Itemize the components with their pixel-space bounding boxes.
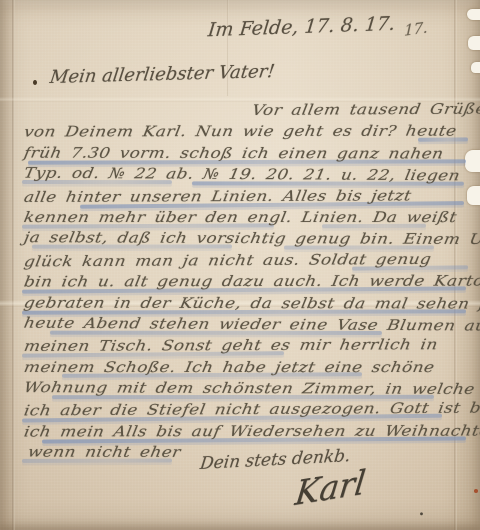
- corner-page-number: 17.: [404, 18, 428, 40]
- letter-line: kennen mehr über den engl. Linien. Da we…: [22, 207, 470, 228]
- letter-line: Vor allem tausend Grüße: [22, 99, 470, 123]
- letter-line-text: alle hinter unseren Linien. Alles bis je…: [22, 186, 413, 209]
- letter-line-text: ich mein Alls bis auf Wiedersehen zu Wei…: [22, 421, 480, 443]
- letter-line-text: von Deinem Karl. Nun wie geht es dir? he…: [22, 122, 458, 144]
- letter-line: ich aber die Stiefel nicht ausgezogen. G…: [22, 398, 470, 422]
- letter-line: gebraten in der Küche, da selbst da mal …: [22, 292, 470, 314]
- torn-edge: [468, 36, 480, 50]
- letter-line: meinen Tisch. Sonst geht es mir herrlich…: [22, 334, 470, 357]
- letter-line-text: Vor allem tausend Grüße: [250, 99, 480, 122]
- letter-line: meinem Schoße. Ich habe jetzt eine schön…: [22, 357, 470, 378]
- letter-line: heute Abend stehen wieder eine Vase Blum…: [22, 312, 470, 336]
- torn-edge: [471, 62, 480, 73]
- letter-line-text: wenn nicht eher: [26, 443, 182, 465]
- letter-line: bin ich u. alt genug dazu auch. Ich werd…: [22, 271, 470, 293]
- paper-speck: [474, 489, 478, 493]
- letter-line: Wohnung mit dem schönsten Zimmer, in wel…: [22, 377, 470, 400]
- signature-period: .: [418, 496, 425, 521]
- letter-line-text: kennen mehr über den engl. Linien. Da we…: [22, 208, 458, 229]
- letter-line-text: ich aber die Stiefel nicht ausgezogen. G…: [22, 399, 480, 424]
- letter-line-text: Typ. od. № 22 ab. № 19. 20. 21. u. 22, l…: [22, 164, 462, 188]
- torn-edge: [467, 9, 480, 20]
- letter-line: ja selbst, daß ich vorsichtig genug bin.…: [22, 227, 470, 250]
- paper-speck: [33, 80, 37, 85]
- letter-line: früh 7.30 vorm. schoß ich einen ganz nah…: [22, 142, 470, 164]
- letter-scan: Im Felde, 17. 8. 17. 17. Mein allerliebs…: [0, 0, 480, 530]
- letter-line-text: bin ich u. alt genug dazu auch. Ich werd…: [22, 272, 480, 294]
- letter-line: Typ. od. № 22 ab. № 19. 20. 21. u. 22, l…: [22, 163, 470, 187]
- letter-body: Vor allem tausend Grüßevon Deinem Karl. …: [22, 100, 470, 464]
- letter-line-text: meinem Schoße. Ich habe jetzt eine schön…: [22, 358, 436, 379]
- letter-line: ich mein Alls bis auf Wiedersehen zu Wei…: [22, 420, 470, 442]
- letter-line: von Deinem Karl. Nun wie geht es dir? he…: [22, 121, 470, 143]
- letter-line-text: meinen Tisch. Sonst geht es mir herrlich…: [22, 335, 439, 358]
- letter-line: glück kann man ja nicht aus. Soldat genu…: [22, 248, 470, 272]
- letter-line: alle hinter unseren Linien. Alles bis je…: [22, 185, 470, 208]
